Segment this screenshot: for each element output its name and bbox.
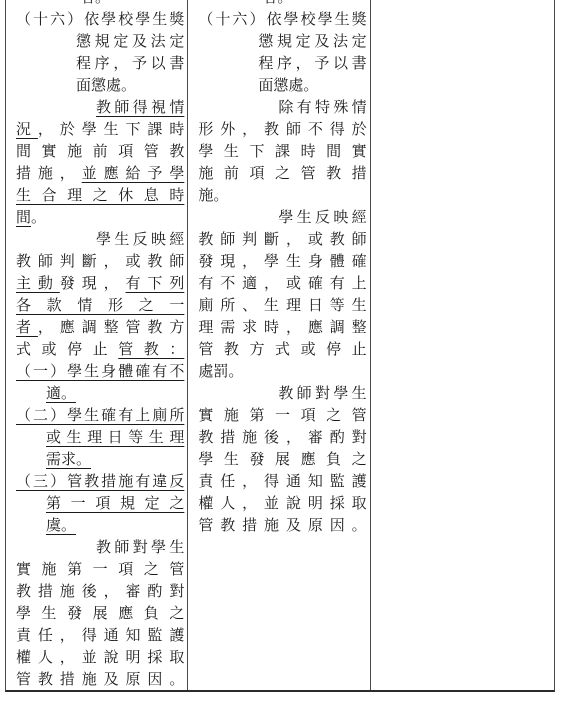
text-line: （二）學生確有上廁所 [16, 405, 184, 427]
clause-text: （十六）依學校學生獎 [198, 12, 366, 28]
text-line: 面懲處。 [16, 75, 184, 97]
revision-underlined-text: 適。 [46, 386, 76, 402]
text-line: 教師對學生 [16, 537, 184, 559]
clause-text: 教措施後，審酌對 [198, 430, 366, 446]
clause-text: 管教方式或停止 [198, 342, 366, 358]
clause-text: 施。 [198, 188, 228, 204]
table-cell-left-column: 者。（十六）依學校學生獎懲規定及法定程序，予以書面懲處。教師得視情況，於學生下課… [6, 0, 188, 690]
text-line: 教措施後，審酌對 [198, 427, 366, 449]
comparison-table: 者。（十六）依學校學生獎懲規定及法定程序，予以書面懲處。教師得視情況，於學生下課… [5, 0, 555, 692]
text-line: 主動發現，有下列 [16, 273, 184, 295]
clause-text: 責任，得通知監護 [16, 628, 184, 644]
clause-text: 實施第一項之管 [16, 562, 184, 578]
clause-text: 。 [31, 210, 46, 226]
revision-underlined-text: 並應給予學 [82, 166, 185, 182]
clause-text: 除有特殊情 [278, 100, 366, 116]
text-line: 管教措施及原因。 [198, 515, 366, 537]
revision-underlined-text: 第一項規定之 [46, 496, 184, 512]
text-line: 間實施前項管教 [16, 141, 184, 163]
clause-text: 教師判斷，或教師 [198, 232, 366, 248]
text-line: 第一項規定之 [16, 493, 184, 515]
text-line: 面懲處。 [198, 75, 366, 97]
clause-text: 學生發展應負之 [198, 452, 366, 468]
revision-underlined-text: 教師得視情 [96, 100, 184, 116]
clause-text: 施前項之管教措 [198, 166, 366, 182]
text-line: 發現，學生身體確 [198, 251, 366, 273]
text-line: 程序，予以書 [16, 53, 184, 75]
clause-text: 教師對學生 [96, 540, 184, 556]
text-line: 程序，予以書 [198, 53, 366, 75]
text-line: 責任，得通知監護 [198, 471, 366, 493]
clause-text: 權人，並說明採取 [16, 650, 184, 666]
text-line: 施。 [198, 185, 366, 207]
table-cell-right-column [371, 0, 554, 690]
clause-text: 學生反映經 [96, 232, 184, 248]
text-line: （十六）依學校學生獎 [16, 9, 184, 31]
clause-text: 面懲處。 [258, 78, 318, 94]
text-line: 需求。 [16, 449, 184, 471]
text-line: 形外，教師不得於 [198, 119, 366, 141]
text-line: 實施第一項之管 [198, 405, 366, 427]
clause-text: （十六）依學校學生獎 [16, 12, 184, 28]
clause-text: 學生發展應負之 [16, 606, 184, 622]
text-line: 學生發展應負之 [16, 603, 184, 625]
text-line: 虞。 [16, 515, 184, 537]
text-line: 學生下課時間實 [198, 141, 366, 163]
text-line: 間。 [16, 207, 184, 229]
text-line: 況，於學生下課時 [16, 119, 184, 141]
clause-text: 學生下課時間實 [198, 144, 366, 160]
revision-underlined-text: 有下列 [126, 276, 185, 292]
clause-text: 有不適，或確有上 [198, 276, 366, 292]
clause-text: ，應調整管教方 [38, 320, 184, 336]
clause-text: 程序，予以書 [258, 56, 366, 72]
clause-text: 教師判斷，或教師 [16, 254, 184, 270]
revision-underlined-text: （二）學生確有上廁所 [16, 408, 184, 424]
text-line: （三）管教措施有違反 [16, 471, 184, 493]
clause-text: 實施第一項之管 [198, 408, 366, 424]
text-line: 權人，並說明採取 [16, 647, 184, 669]
text-line: 教師得視情 [16, 97, 184, 119]
text-line: 措施，並應給予學 [16, 163, 184, 185]
text-line: 各款情形之一 [16, 295, 184, 317]
revision-underlined-text: 主動 [16, 276, 60, 292]
revision-underlined-text: （三）管教措施有違反 [16, 474, 184, 490]
text-line: 者。 [16, 0, 184, 9]
clause-text: 者。 [262, 0, 292, 6]
text-line: （十六）依學校學生獎 [198, 9, 366, 31]
revision-underlined-text: （一）學生身體確有不 [16, 364, 184, 380]
clause-text: 廁所、生理日等生 [198, 298, 366, 314]
clause-text: 教師對學生 [278, 386, 366, 402]
revision-underlined-text: 或生理日等生理 [46, 430, 184, 446]
text-line: 除有特殊情 [198, 97, 366, 119]
revision-underlined-text: 需求。 [46, 452, 91, 468]
text-line: 學生發展應負之 [198, 449, 366, 471]
revision-underlined-text: 間 [16, 210, 31, 226]
text-line: 有不適，或確有上 [198, 273, 366, 295]
text-line: 實施第一項之管 [16, 559, 184, 581]
clause-text: 式或停止 [16, 342, 118, 358]
clause-text: 管教措施及原因。 [16, 672, 184, 688]
text-line: （一）學生身體確有不 [16, 361, 184, 383]
clause-text: 形外，教師不得於 [198, 122, 366, 138]
clause-text: 權人，並說明採取 [198, 496, 366, 512]
text-line: 式或停止管教： [16, 339, 184, 361]
text-line: 教師判斷，或教師 [16, 251, 184, 273]
clause-text: ，於學生下課時 [38, 122, 184, 138]
clause-text: 面懲處。 [76, 78, 136, 94]
text-line: 者，應調整管教方 [16, 317, 184, 339]
clause-text: 責任，得通知監護 [198, 474, 366, 490]
revision-underlined-text: 虞。 [46, 518, 76, 534]
revision-underlined-text: 況 [16, 122, 38, 138]
clause-text: 間實施前項管教 [16, 144, 184, 160]
text-line: 懲規定及法定 [16, 31, 184, 53]
revision-underlined-text: 生合理之休息時 [16, 188, 184, 204]
text-line: 理需求時，應調整 [198, 317, 366, 339]
text-line: 廁所、生理日等生 [198, 295, 366, 317]
revision-underlined-text: 者 [16, 320, 38, 336]
text-line: 教師判斷，或教師 [198, 229, 366, 251]
clause-text: 懲規定及法定 [76, 34, 184, 50]
text-line: 教措施後，審酌對 [16, 581, 184, 603]
clause-text: 發現，學生身體確 [198, 254, 366, 270]
text-line: 者。 [198, 0, 366, 9]
clause-text: 教措施後，審酌對 [16, 584, 184, 600]
clause-text: 懲規定及法定 [258, 34, 366, 50]
text-line: 施前項之管教措 [198, 163, 366, 185]
text-line: 權人，並說明採取 [198, 493, 366, 515]
text-line: 或生理日等生理 [16, 427, 184, 449]
text-line: 管教措施及原因。 [16, 669, 184, 690]
clause-text: 理需求時，應調整 [198, 320, 366, 336]
clause-text: 措施， [16, 166, 82, 182]
revision-underlined-text: 各款情形之一 [16, 298, 184, 314]
text-line: 教師對學生 [198, 383, 366, 405]
text-line: 懲規定及法定 [198, 31, 366, 53]
text-line: 責任，得通知監護 [16, 625, 184, 647]
text-line: 處罰。 [198, 361, 366, 383]
text-line: 適。 [16, 383, 184, 405]
revision-underlined-text: 管教： [118, 342, 184, 358]
clause-text: 管教措施及原因。 [198, 518, 366, 534]
table-cell-middle-column: 者。（十六）依學校學生獎懲規定及法定程序，予以書面懲處。除有特殊情形外，教師不得… [188, 0, 370, 690]
text-line: 學生反映經 [16, 229, 184, 251]
clause-text: 者。 [80, 0, 110, 6]
clause-text: 程序，予以書 [76, 56, 184, 72]
text-line: 學生反映經 [198, 207, 366, 229]
clause-text: 處罰。 [198, 364, 243, 380]
text-line: 管教方式或停止 [198, 339, 366, 361]
clause-text: 發現， [60, 276, 126, 292]
clause-text: 學生反映經 [278, 210, 366, 226]
text-line: 生合理之休息時 [16, 185, 184, 207]
